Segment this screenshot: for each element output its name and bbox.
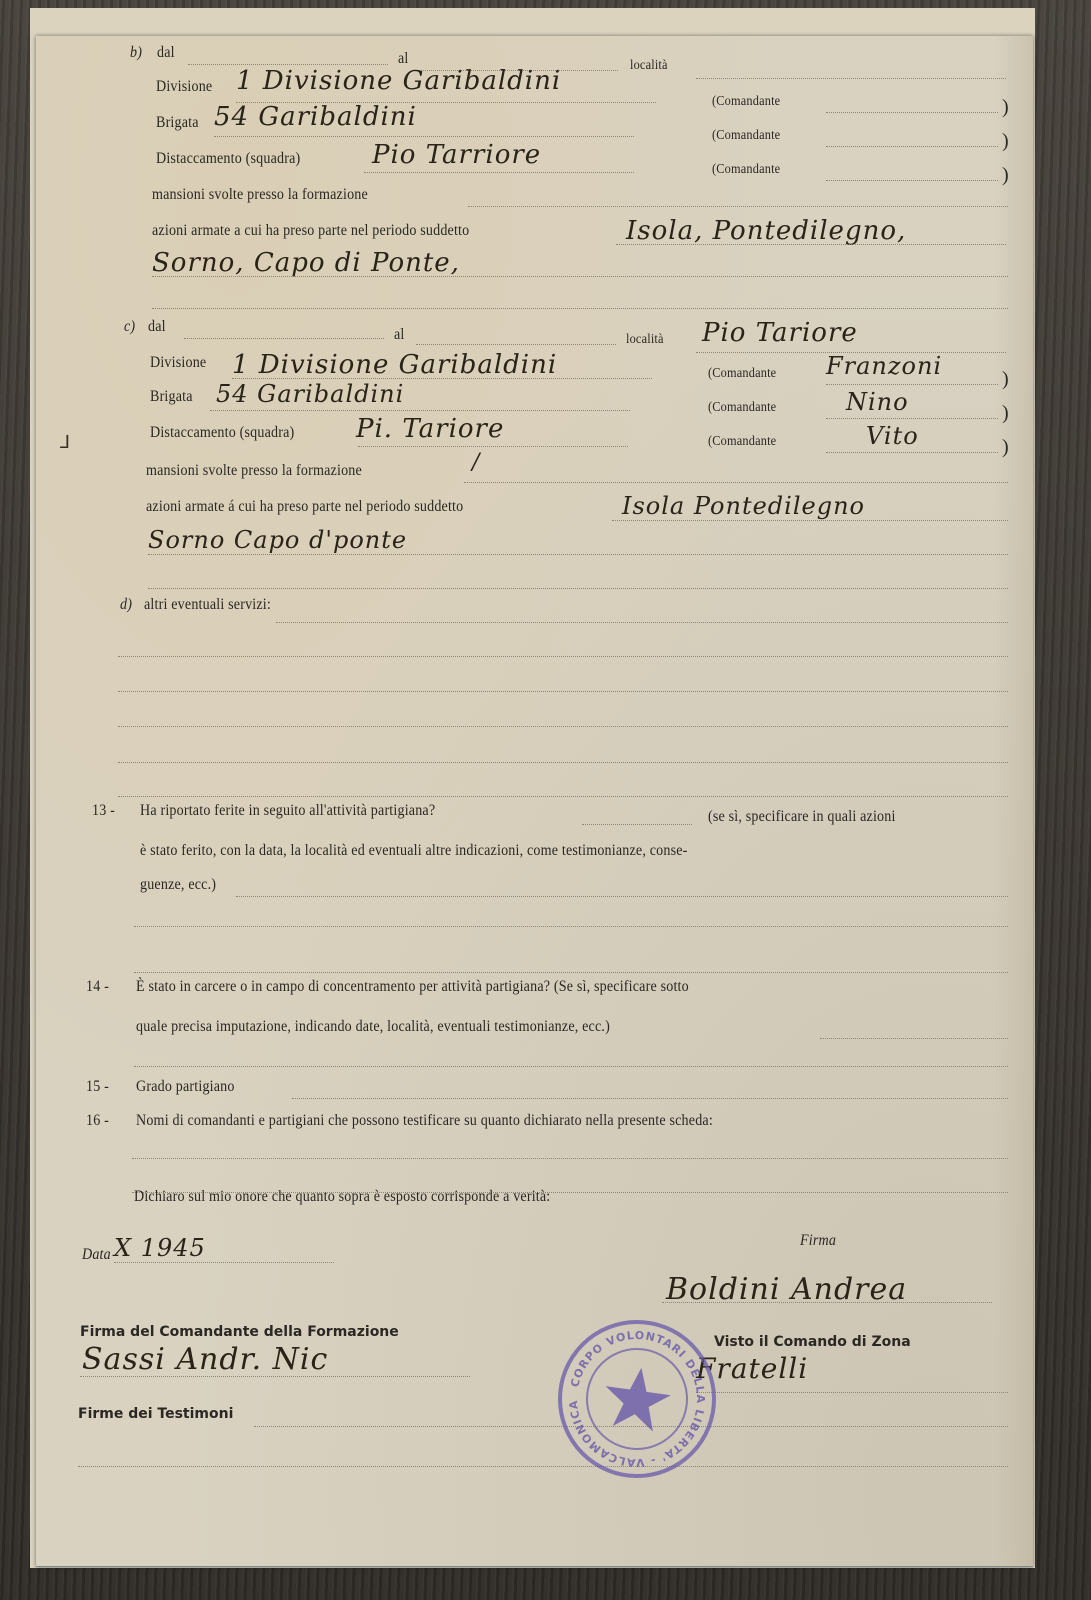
date-value[interactable]: X 1945	[114, 1234, 206, 1262]
section-d-field-6[interactable]	[118, 796, 1008, 797]
section-c-comandante-dist-value[interactable]: Vito	[866, 422, 919, 450]
declaration-text: Dichiaro sul mio onore che quanto sopra …	[134, 1188, 550, 1206]
section-b-azioni-field-3[interactable]	[152, 308, 1008, 309]
section-c-divisione-field	[232, 378, 652, 379]
section-c-al-label: al	[394, 326, 405, 344]
section-c-comandante-div-label: (Comandante	[708, 366, 776, 382]
section-d-field-1[interactable]	[276, 622, 1008, 623]
q14-line2: quale precisa imputazione, indicando dat…	[136, 1018, 610, 1036]
section-c-comandante-brig-field	[826, 418, 998, 419]
q13-yes-no-field[interactable]	[582, 824, 692, 825]
section-b-distaccamento-value[interactable]: Pio Tarriore	[372, 140, 541, 170]
testimoni-field-2[interactable]	[78, 1466, 1008, 1467]
section-b-comandante-dist-label: (Comandante	[712, 162, 780, 178]
visto-comando-zona-field	[696, 1392, 1008, 1393]
q15-answer-field[interactable]	[292, 1098, 1008, 1099]
section-c-dal-label: dal	[148, 318, 166, 336]
section-b-comandante-brig-label: (Comandante	[712, 128, 780, 144]
section-b-brigata-field	[214, 136, 634, 137]
section-b-azioni-field-2	[152, 276, 1008, 277]
section-c-azioni-field-3[interactable]	[148, 588, 1008, 589]
testimoni-label: Firme dei Testimoni	[78, 1406, 233, 1422]
q13-line3: guenze, ecc.)	[140, 876, 216, 894]
section-c-azioni-field-1	[612, 520, 1008, 521]
comandante-formazione-label: Firma del Comandante della Formazione	[80, 1324, 399, 1340]
pen-mark: ⅃	[60, 432, 70, 453]
section-b-mansioni-field[interactable]	[468, 206, 1008, 207]
section-b-comandante-div-field[interactable]	[826, 112, 998, 113]
section-c-comandante-dist-field	[826, 452, 998, 453]
close-paren: )	[1002, 130, 1009, 153]
section-c-brigata-field	[210, 410, 630, 411]
section-d-field-3[interactable]	[118, 691, 1008, 692]
section-b-marker: b)	[130, 44, 142, 62]
section-c-comandante-dist-label: (Comandante	[708, 434, 776, 450]
q14-answer-field-1[interactable]	[820, 1038, 1008, 1039]
section-b-azioni-field-1	[616, 244, 1006, 245]
section-c-brigata-label: Brigata	[150, 388, 193, 406]
section-b-localita-label: località	[630, 58, 668, 74]
firma-field	[662, 1302, 992, 1303]
q13-number: 13 -	[92, 802, 115, 820]
close-paren: )	[1002, 164, 1009, 187]
section-b-divisione-value[interactable]: 1 Divisione Garibaldini	[236, 66, 561, 96]
section-c-comandante-div-field	[826, 384, 998, 385]
section-c-distaccamento-value[interactable]: Pi. Tariore	[356, 414, 504, 444]
close-paren: )	[1002, 436, 1009, 459]
section-c-distaccamento-field	[358, 446, 628, 447]
section-b-comandante-brig-field[interactable]	[826, 146, 998, 147]
q14-number: 14 -	[86, 978, 109, 996]
section-b-distaccamento-label: Distaccamento (squadra)	[156, 150, 300, 168]
close-paren: )	[1002, 368, 1009, 391]
section-b-brigata-label: Brigata	[156, 114, 199, 132]
section-b-comandante-div-label: (Comandante	[712, 94, 780, 110]
q14-line1: È stato in carcere o in campo di concent…	[136, 978, 689, 996]
section-c-comandante-div-value[interactable]: Franzoni	[826, 352, 942, 380]
section-c-azioni-label: azioni armate á cui ha preso parte nel p…	[146, 498, 463, 516]
section-c-marker: c)	[124, 318, 135, 336]
section-b-localita-field[interactable]	[696, 78, 1006, 79]
cvl-stamp: CORPO VOLONTARI DELLA LIBERTA' - VALCAMO…	[558, 1320, 716, 1478]
section-c-azioni-value-2[interactable]: Sorno Capo d'ponte	[148, 526, 407, 554]
section-c-mansioni-value[interactable]: /	[472, 450, 480, 475]
section-d-marker: d)	[120, 596, 132, 614]
section-b-brigata-value[interactable]: 54 Garibaldini	[214, 102, 417, 132]
q16-number: 16 -	[86, 1112, 109, 1130]
section-c-divisione-value[interactable]: 1 Divisione Garibaldini	[232, 350, 557, 380]
comandante-formazione-signature[interactable]: Sassi Andr. Nic	[82, 1342, 328, 1377]
section-c-localita-label: località	[626, 332, 664, 348]
section-b-mansioni-label: mansioni svolte presso la formazione	[152, 186, 368, 204]
section-b-comandante-dist-field[interactable]	[826, 180, 998, 181]
section-b-dal-label: dal	[157, 44, 175, 62]
section-c-mansioni-field	[464, 482, 1008, 483]
visto-comando-zona-label: Visto il Comando di Zona	[714, 1334, 911, 1350]
section-c-azioni-value-1[interactable]: Isola Pontedilegno	[622, 492, 865, 520]
section-b-distaccamento-field	[364, 172, 634, 173]
q14-answer-field-2[interactable]	[134, 1066, 1008, 1067]
close-paren: )	[1002, 96, 1009, 119]
q13-line2: è stato ferito, con la data, la località…	[140, 842, 688, 860]
section-d-field-2[interactable]	[118, 656, 1008, 657]
q16-answer-field-1[interactable]	[132, 1158, 1008, 1159]
section-c-distaccamento-label: Distaccamento (squadra)	[150, 424, 294, 442]
firma-label: Firma	[800, 1232, 836, 1250]
q16-label: Nomi di comandanti e partigiani che poss…	[136, 1112, 713, 1130]
section-b-dal-field[interactable]	[188, 64, 388, 65]
date-label: Data	[82, 1246, 111, 1264]
section-c-comandante-brig-value[interactable]: Nino	[846, 388, 909, 416]
section-b-azioni-value-2[interactable]: Sorno, Capo di Ponte,	[152, 248, 460, 278]
section-d-label: altri eventuali servizi:	[144, 596, 271, 614]
q13-answer-field-1[interactable]	[236, 896, 1008, 897]
section-d-field-4[interactable]	[118, 726, 1008, 727]
section-c-azioni-field-2	[148, 554, 1008, 555]
section-c-mansioni-label: mansioni svolte presso la formazione	[146, 462, 362, 480]
section-b-divisione-label: Divisione	[156, 78, 212, 96]
close-paren: )	[1002, 402, 1009, 425]
section-c-brigata-value[interactable]: 54 Garibaldini	[216, 380, 404, 408]
section-c-divisione-label: Divisione	[150, 354, 206, 372]
q13-answer-field-2[interactable]	[134, 926, 1008, 927]
section-c-localita-value[interactable]: Pio Tariore	[702, 318, 858, 348]
comandante-formazione-field	[80, 1376, 470, 1377]
q13-line1: Ha riportato ferite in seguito all'attiv…	[140, 802, 435, 820]
section-c-dal-field[interactable]	[184, 338, 384, 339]
q15-label: Grado partigiano	[136, 1078, 235, 1096]
date-field	[114, 1262, 334, 1263]
section-c-al-field[interactable]	[416, 344, 616, 345]
section-b-azioni-value-1[interactable]: Isola, Pontedilegno,	[626, 216, 906, 246]
section-c-comandante-brig-label: (Comandante	[708, 400, 776, 416]
star-icon	[602, 1364, 672, 1434]
q15-number: 15 -	[86, 1078, 109, 1096]
q13-answer-field-3[interactable]	[134, 972, 1008, 973]
section-d-field-5[interactable]	[118, 762, 1008, 763]
section-b-azioni-label: azioni armate a cui ha preso parte nel p…	[152, 222, 469, 240]
q13-line1-tail: (se sì, specificare in quali azioni	[708, 808, 896, 826]
partisan-form-page: b) dal al località Divisione 1 Divisione…	[36, 36, 1033, 1567]
